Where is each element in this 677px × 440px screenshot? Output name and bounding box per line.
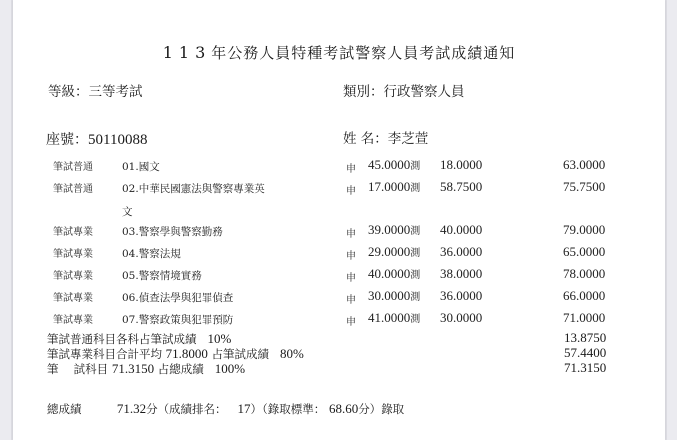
mark-shen: 申 (346, 247, 356, 262)
subject-name-continued: 文 (122, 204, 133, 219)
category-value: 行政警察人員 (384, 84, 465, 100)
mark-shen: 申 (346, 225, 356, 240)
subject-name: 01.國文 (122, 159, 160, 174)
subject-type: 筆試專業 (53, 267, 93, 282)
score-notice-page: 113年公務人員特種考試警察人員考試成績通知 等級：三等考試 類別：行政警察人員… (13, 0, 665, 440)
exam-category: 類別：行政警察人員 (343, 80, 465, 100)
document-title: 113年公務人員特種考試警察人員考試成績通知 (13, 42, 665, 63)
mark-shen: 申 (346, 313, 356, 328)
subject-name: 06.偵查法學與犯罪偵查 (122, 290, 233, 305)
level-label: 等級： (48, 84, 89, 100)
exam-level: 等級：三等考試 (48, 80, 143, 100)
name-value: 李芝萱 (388, 131, 429, 147)
final-score: 71.32 (117, 401, 146, 416)
candidate-name: 姓 名：李芝萱 (343, 127, 428, 147)
subject-type: 筆試普通 (53, 180, 93, 195)
subject-name: 05.警察情境實務 (122, 268, 202, 283)
category-label: 類別： (343, 84, 384, 100)
score-part2: 36.0000 (440, 244, 482, 260)
page-edge-right (665, 0, 667, 440)
subject-total: 71.0000 (563, 310, 605, 326)
seat-number: 座號：50110088 (46, 129, 147, 149)
subject-name: 04.警察法規 (122, 246, 181, 261)
subject-total: 63.0000 (563, 157, 605, 173)
subject-total: 79.0000 (563, 222, 605, 238)
score-part1: 40.0000測 (368, 266, 420, 282)
subject-name: 03.警察學與警察勤務 (122, 224, 223, 239)
score-part2: 58.7500 (440, 179, 482, 195)
subject-type: 筆試專業 (53, 245, 93, 260)
score-part1: 39.0000測 (368, 222, 420, 238)
admission-status: 錄取 (381, 402, 404, 416)
score-part1: 45.0000測 (368, 157, 420, 173)
title-year: 113 (163, 43, 212, 62)
subject-total: 65.0000 (563, 244, 605, 260)
subject-total: 66.0000 (563, 288, 605, 304)
cutoff-score: 68.60 (329, 401, 358, 416)
mark-shen: 申 (346, 269, 356, 284)
final-result: 總成績 71.32分（成績排名： 17）（錄取標準： 68.60分）錄取 (47, 401, 404, 417)
summary-professional: 筆試專業科目合計平均 71.8000 占筆試成績 80% (47, 346, 304, 362)
final-label: 總成績 (47, 402, 82, 416)
final-rank: 17 (238, 401, 251, 416)
subject-total: 78.0000 (563, 266, 605, 282)
score-part1: 30.0000測 (368, 288, 420, 304)
mark-shen: 申 (346, 182, 356, 197)
subject-type: 筆試普通 (53, 158, 93, 173)
subject-type: 筆試專業 (53, 311, 93, 326)
summary-professional-value: 57.4400 (564, 345, 606, 361)
subject-total: 75.7500 (563, 179, 605, 195)
score-part1: 41.0000測 (368, 310, 420, 326)
score-part2: 40.0000 (440, 222, 482, 238)
score-part2: 30.0000 (440, 310, 482, 326)
summary-written: 筆 試科目 71.3150 占總成績 100% (47, 361, 245, 377)
summary-general: 筆試普通科目各科占筆試成績 10% (47, 331, 231, 347)
subject-name: 07.警察政策與犯罪預防 (122, 312, 233, 327)
seat-value: 50110088 (88, 132, 147, 148)
subject-name: 02.中華民國憲法與警察專業英 (122, 181, 265, 196)
score-part2: 38.0000 (440, 266, 482, 282)
level-value: 三等考試 (89, 84, 143, 100)
subject-type: 筆試專業 (53, 289, 93, 304)
title-text: 年公務人員特種考試警察人員考試成績通知 (211, 44, 515, 62)
mark-shen: 申 (346, 291, 356, 306)
mark-shen: 申 (346, 160, 356, 175)
score-part2: 36.0000 (440, 288, 482, 304)
summary-written-value: 71.3150 (564, 360, 606, 376)
score-part1: 17.0000測 (368, 179, 420, 195)
score-part1: 29.0000測 (368, 244, 420, 260)
seat-label: 座號： (46, 132, 88, 148)
subject-type: 筆試專業 (53, 223, 93, 238)
name-label: 姓 名： (343, 131, 388, 147)
score-part2: 18.0000 (440, 157, 482, 173)
summary-general-value: 13.8750 (564, 330, 606, 346)
